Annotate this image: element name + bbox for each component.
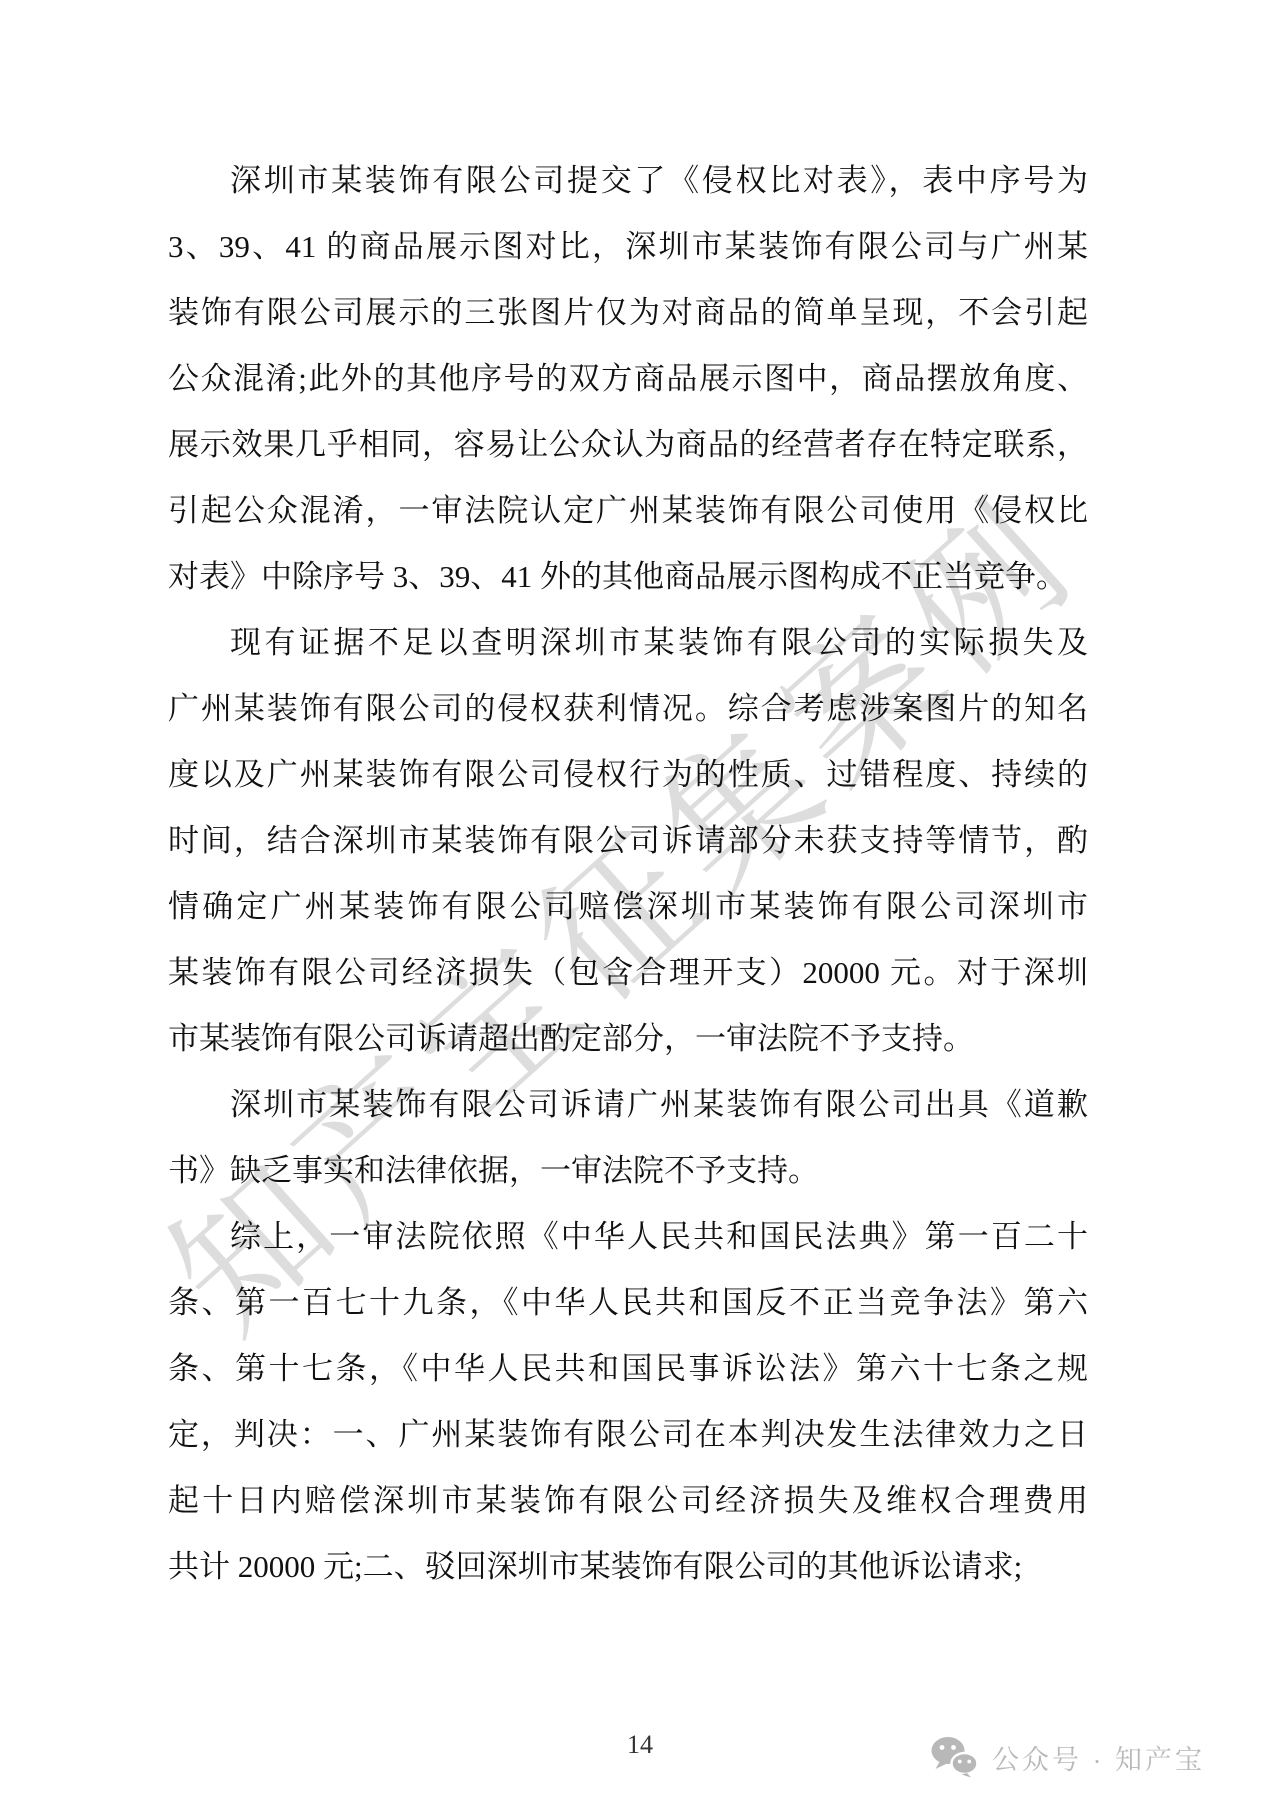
text-line: 共计 20000 元;二、驳回深圳市某装饰有限公司的其他诉讼请求; [168,1534,1088,1600]
text-line: 时间，结合深圳市某装饰有限公司诉请部分未获支持等情节，酌 [168,808,1088,874]
text-line: 书》缺乏事实和法律依据，一审法院不予支持。 [168,1138,1088,1204]
text-line: 条、第一百七十九条，《中华人民共和国反不正当竞争法》第六 [168,1270,1088,1336]
text-line: 条、第十七条，《中华人民共和国民事诉讼法》第六十七条之规 [168,1336,1088,1402]
text-line: 装饰有限公司展示的三张图片仅为对商品的简单呈现，不会引起 [168,280,1088,346]
text-line: 引起公众混淆，一审法院认定广州某装饰有限公司使用《侵权比 [168,478,1088,544]
wechat-icon [930,1736,980,1778]
text-line: 公众混淆;此外的其他序号的双方商品展示图中，商品摆放角度、 [168,346,1088,412]
text-line: 3、39、41 的商品展示图对比，深圳市某装饰有限公司与广州某 [168,214,1088,280]
wechat-label: 公众号 · 知产宝 [992,1738,1205,1777]
text-line: 情确定广州某装饰有限公司赔偿深圳市某装饰有限公司深圳市 [168,874,1088,940]
text-line: 度以及广州某装饰有限公司侵权行为的性质、过错程度、持续的 [168,742,1088,808]
text-line: 广州某装饰有限公司的侵权获利情况。综合考虑涉案图片的知名 [168,676,1088,742]
wechat-badge: 公众号 · 知产宝 [930,1736,1205,1778]
document-page: 知产宝征集案例 深圳市某装饰有限公司提交了《侵权比对表》，表中序号为3、39、4… [0,0,1280,1810]
text-line: 起十日内赔偿深圳市某装饰有限公司经济损失及维权合理费用 [168,1468,1088,1534]
text-block: 深圳市某装饰有限公司提交了《侵权比对表》，表中序号为3、39、41 的商品展示图… [168,148,1088,1600]
text-line: 市某装饰有限公司诉请超出酌定部分，一审法院不予支持。 [168,1006,1088,1072]
text-line: 综上，一审法院依照《中华人民共和国民法典》第一百二十 [168,1204,1088,1270]
text-line: 对表》中除序号 3、39、41 外的其他商品展示图构成不正当竞争。 [168,544,1088,610]
text-line: 某装饰有限公司经济损失（包含合理开支）20000 元。对于深圳 [168,940,1088,1006]
text-line: 深圳市某装饰有限公司诉请广州某装饰有限公司出具《道歉 [168,1072,1088,1138]
text-line: 定，判决：一、广州某装饰有限公司在本判决发生法律效力之日 [168,1402,1088,1468]
text-line: 深圳市某装饰有限公司提交了《侵权比对表》，表中序号为 [168,148,1088,214]
text-line: 展示效果几乎相同，容易让公众认为商品的经营者存在特定联系， [168,412,1088,478]
text-line: 现有证据不足以查明深圳市某装饰有限公司的实际损失及 [168,610,1088,676]
